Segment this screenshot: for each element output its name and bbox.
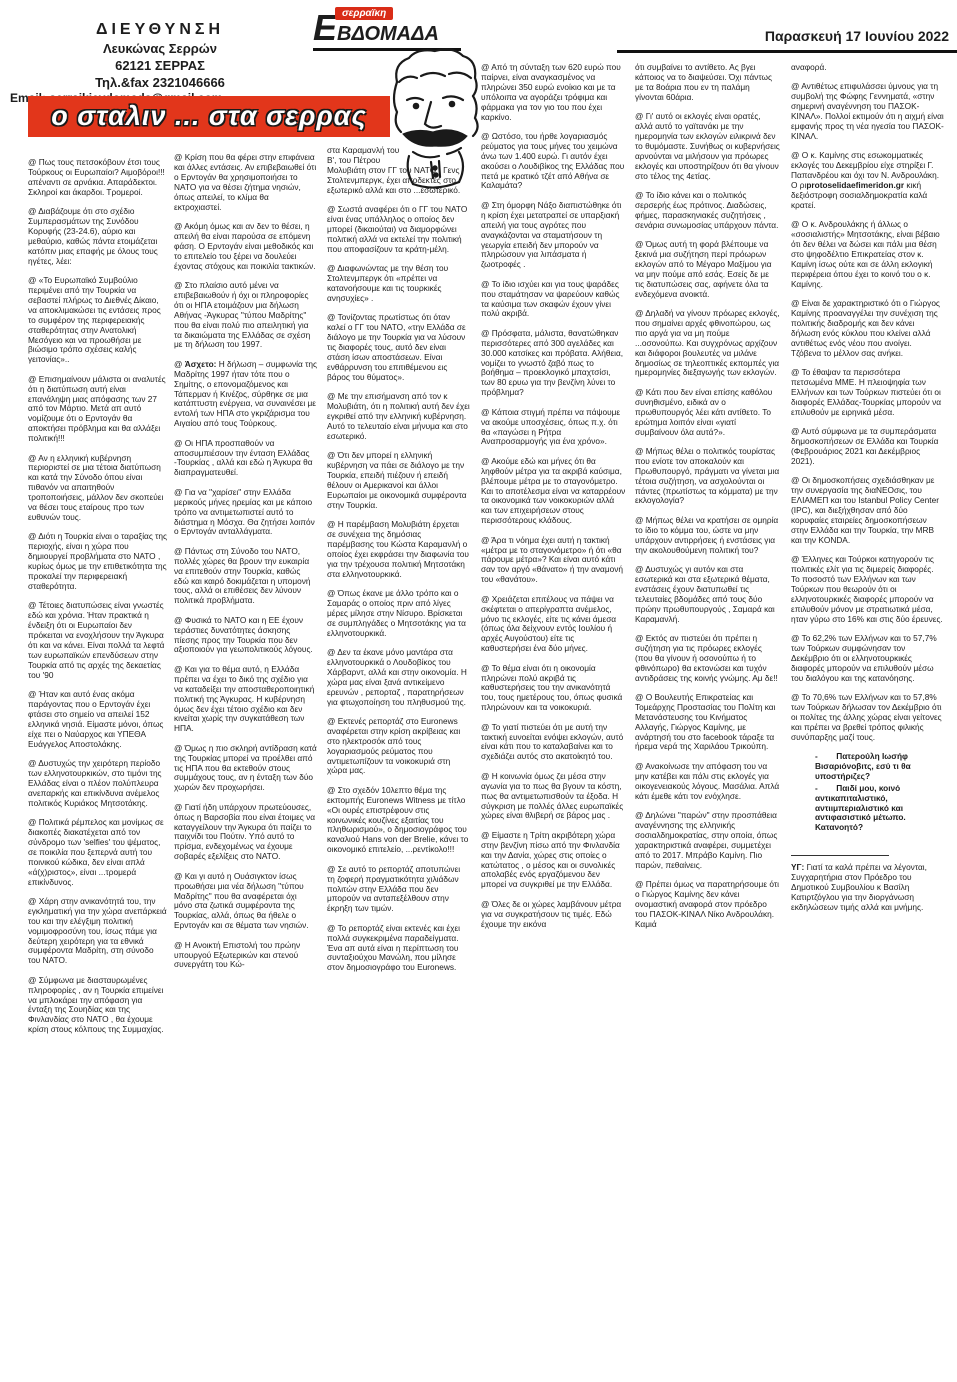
article-paragraph: @ Κάτι που δεν είναι επίσης καθόλου συνη…: [635, 388, 780, 438]
article-paragraph: @ Χρειάζεται επιτέλους να πάψει να σκέφτ…: [481, 595, 626, 654]
article-paragraph: @ Μήπως θέλει ο πολιτικός τουρίστας που …: [635, 447, 780, 506]
article-paragraph: @ Δηλώνει "παρών" στην προσπάθεια αναγέν…: [635, 811, 780, 870]
article-paragraph: @ Για να "χαρίσει" στην Ελλάδα μερικούς …: [174, 488, 317, 538]
issue-date: Παρασκευή 17 Ιουνίου 2022: [765, 28, 949, 44]
newspaper-page: ΔΙΕΥΘΥΝΣΗ Λευκώνας Σερρών 62121 ΣΕΡΡΑΣ Τ…: [0, 0, 957, 1382]
address-title: ΔΙΕΥΘΥΝΣΗ: [10, 20, 310, 41]
article-paragraph: @ Άρα τι νόημα έχει αυτή η τακτική «μέτρ…: [481, 536, 626, 586]
article-paragraph: @ Το ίδιο κάνει και ο πολιτικός σερσερής…: [635, 191, 780, 231]
article-paragraph: ΥΓ: Γιατί τα καλά πρέπει να λέγονται, Συ…: [791, 855, 944, 913]
article-paragraph: @ Και για το θέμα αυτό, η Ελλάδα πρέπει …: [174, 665, 317, 734]
article-paragraph: @ Η κοινωνία όμως ζει μέσα στην αγωνία γ…: [481, 772, 626, 822]
article-paragraph: @ Χάρη στην ανικανότητά του, την εγκλημα…: [28, 897, 168, 966]
cartoon-overlap-spacer: [408, 146, 470, 159]
article-paragraph: @ Και γι αυτό η Ουάσιγκτον ίσως προωθήσε…: [174, 872, 317, 931]
article-paragraph: @ Το 70,6% των Ελλήνων και το 57,8% των …: [791, 693, 944, 743]
article-paragraph: @ Άσχετο: Η δήλωση – συμφωνία της Μαδρίτ…: [174, 360, 317, 429]
article-paragraph: @ Γιατί ήδη υπάρχουν πρωτεύουσες, όπως η…: [174, 803, 317, 862]
article-paragraph: @ Οι δημοσκοπήσεις σχεδιάσθηκαν με την σ…: [791, 476, 944, 545]
article-paragraph: @ Σωστά αναφέρει ότι ο ΓΓ του ΝΑΤΟ είναι…: [327, 205, 470, 255]
article-paragraph: @ Όμως η πιο σκληρή αντίδραση κατά της Τ…: [174, 744, 317, 794]
article-paragraph: @ Αν η ελληνική κυβέρνηση περιοριστεί σε…: [28, 454, 168, 523]
article-paragraph: @ Είμαστε η Τρίτη ακριβότερη χώρα στην β…: [481, 831, 626, 890]
article-paragraph: ότι συμβαίνει το αντίθετο. Ας βγει κάποι…: [635, 63, 780, 103]
article-paragraph: @ Όπως έκανε με άλλο τρόπο και ο Σαμαράς…: [327, 589, 470, 639]
article-paragraph: @ Διαβάζουμε ότι στο σχέδιο Συμπερασμάτω…: [28, 207, 168, 266]
article-paragraph: @ Ο κ. Ανδρουλάκης ή άλλως ο «σοσιαλιστή…: [791, 220, 944, 289]
article-paragraph: @ Πως τους πετσοκόβουν έτσι τους Τούρκου…: [28, 158, 168, 198]
article-paragraph: @ Κρίση που θα φέρει στην επιφάνεια και …: [174, 153, 317, 212]
logo-name: ΒΔΟΜΑΔΑ: [337, 23, 439, 45]
article-paragraph: @ Διότι η Τουρκία είναι ο ταραξίας της π…: [28, 532, 168, 591]
article-paragraph: @ Το ρεπορτάζ είναι εκτενές και έχει πολ…: [327, 924, 470, 974]
article-paragraph: @ Εκτενές ρεπορτάζ στο Euronews αναφέρετ…: [327, 717, 470, 776]
article-column-6: αναφορά.@ Αντιθέτως επιφυλάσσει ύμνους γ…: [791, 63, 944, 922]
article-paragraph: @ Εκτός αν πιστεύει ότι πρέπει η συζήτησ…: [635, 634, 780, 684]
headline-text: ο σταλιν ... στα σερρας: [51, 101, 367, 132]
article-paragraph: @ Φυσικά το ΝΑΤΟ και η ΕΕ έχουν τεράστιε…: [174, 616, 317, 656]
article-paragraph: @ Ακόμη όμως και αν δεν το θέσει, η απει…: [174, 222, 317, 272]
address-line: 62121 ΣΕΡΡΑΣ: [10, 58, 310, 75]
article-paragraph: @ Η παρέμβαση Μολυβιάτη έρχεται σε συνέχ…: [327, 520, 470, 579]
article-paragraph: @ Δυστυχώς γι αυτόν και στα εσωτερικά κα…: [635, 565, 780, 624]
article-paragraph: @ Το 62,2% των Ελλήνων και το 57,7% των …: [791, 634, 944, 684]
article-paragraph: @ Το έθαψαν τα περισσότερα πετσωμένα ΜΜΕ…: [791, 368, 944, 418]
article-paragraph: @ Πολιτικά ρέμπελος και μονίμως σε διακο…: [28, 818, 168, 887]
article-paragraph: @ Ωστόσο, του ήρθε λογαριασμός ρεύματος …: [481, 132, 626, 191]
article-paragraph: @ Κάποια στιγμή πρέπει να πάψουμε να ακο…: [481, 408, 626, 448]
article-paragraph: @ Σύμφωνα με διασταυρωμένες πληροφορίες …: [28, 976, 168, 1035]
article-paragraph: @ Δυστυχώς την χειρότερη περίοδο των ελλ…: [28, 759, 168, 809]
article-column-1: @ Πως τους πετσοκόβουν έτσι τους Τούρκου…: [28, 158, 168, 1045]
article-paragraph: @ Επισημαίνουν μάλιστα οι αναλυτές ότι η…: [28, 375, 168, 444]
article-paragraph: @ Είναι δε χαρακτηριστικό ότι ο Γιώργος …: [791, 299, 944, 358]
article-paragraph: @ Το γιατί πιστεύει ότι με αυτή την τακτ…: [481, 723, 626, 763]
article-column-5: ότι συμβαίνει το αντίθετο. Ας βγει κάποι…: [635, 63, 780, 939]
article-paragraph: @ Πρέπει όμως να παρατηρήσουμε ότι ο Γιώ…: [635, 880, 780, 930]
article-paragraph: @ Αντιθέτως επιφυλάσσει ύμνους για τη συ…: [791, 82, 944, 141]
article-paragraph: @ Αυτό σύμφωνα με τα συμπεράσματα δημοσκ…: [791, 427, 944, 467]
article-paragraph: @ Διαφωνώντας με την θέση του Στολτενμπε…: [327, 264, 470, 304]
address-line: Λευκώνας Σερρών: [10, 41, 310, 58]
article-paragraph: @ Ότι δεν μπορεί η ελληνική κυβέρνηση να…: [327, 451, 470, 510]
article-paragraph: @ Η Ανοικτή Επιστολή του πρώην υπουργού …: [174, 941, 317, 971]
article-paragraph: @ Δηλαδή να γίνουν πρόωρες εκλογές, που …: [635, 309, 780, 378]
article-paragraph: @ Τέτοιες διατυπώσεις είναι γνωστές εδώ …: [28, 601, 168, 680]
article-paragraph: @ «Το Ευρωπαϊκό Συμβούλιο περιμένει από …: [28, 276, 168, 365]
article-paragraph: @ Στο σχεδόν 10λεπτο θέμα της εκπομπής E…: [327, 786, 470, 855]
article-paragraph: @ Ο κ. Καμίνης στις εσωκομματικές εκλογέ…: [791, 151, 944, 210]
header-rule: [617, 50, 957, 53]
publisher-address-block: ΔΙΕΥΘΥΝΣΗ Λευκώνας Σερρών 62121 ΣΕΡΡΑΣ Τ…: [10, 20, 310, 107]
article-paragraph: @ Γι' αυτό οι εκλογές είναι ορατές, αλλά…: [635, 112, 780, 181]
article-paragraph: @ Τονίζοντας πρωτίστως ότι όταν καλεί ο …: [327, 313, 470, 382]
article-paragraph: @ Δεν τα έκανε μόνο μαντάρα στα ελληνοτο…: [327, 648, 470, 707]
article-paragraph: @ Ήταν και αυτό ένας ακόμα παράγοντας πο…: [28, 690, 168, 749]
logo-initial: Ε: [313, 7, 337, 48]
article-paragraph: @ Από τη σύνταξη των 620 ευρώ που παίρνε…: [481, 63, 626, 122]
article-paragraph: @ Έλληνες και Τούρκοι κατηγορούν τις πολ…: [791, 555, 944, 624]
article-paragraph: @ Όλες δε οι χώρες λαμβάνουν μέτρα για ν…: [481, 900, 626, 930]
article-paragraph: @ Το ίδιο ισχύει και για τους ψαράδες πο…: [481, 280, 626, 320]
article-paragraph: @ Στο πλαίσιο αυτό μένει να επιβεβαιωθού…: [174, 281, 317, 350]
article-paragraph: @ Ο Βουλευτής Επικρατείας και Τομεάρχης …: [635, 693, 780, 752]
headline-banner: ο σταλιν ... στα σερρας: [28, 96, 390, 137]
article-paragraph: @ Το θέμα είναι ότι η οικονομία πληρώνει…: [481, 664, 626, 714]
logo-tagline: σερραϊκη: [335, 7, 393, 20]
article-paragraph: @ Όμως αυτή τη φορά βλέπουμε να ξεκινά μ…: [635, 240, 780, 299]
article-column-4: @ Από τη σύνταξη των 620 ευρώ που παίρνε…: [481, 63, 626, 939]
article-column-3: στα Καραμανλή του Β', του Πέτρου Μολυβιά…: [327, 146, 470, 983]
article-paragraph: αναφορά.: [791, 63, 944, 73]
article-paragraph: @ Στη όμορφη Νάξο διαπιστώθηκε ότι η κρί…: [481, 201, 626, 270]
article-paragraph: @ Πρόσφατα, μάλιστα, θανατώθηκαν περισσό…: [481, 329, 626, 398]
article-paragraph: @ Πάντως στη Σύνοδο του ΝΑΤΟ, πολλές χώρ…: [174, 547, 317, 606]
article-paragraph: @ Ανακοίνωσε την απόφαση του να μην κατέ…: [635, 762, 780, 802]
article-paragraph: - Πατερούλη Ιωσήφ Βισαριόνοβιτς, εσύ τι …: [791, 752, 944, 782]
article-paragraph: @ Με την επισήμανση από τον κ Μολυβιάτη,…: [327, 392, 470, 442]
article-paragraph: @ Ακούμε εδώ και μήνες ότι θα ληφθούν μέ…: [481, 457, 626, 526]
phone-fax: Τηλ.&fax 2321046666: [10, 75, 310, 92]
article-column-2: @ Κρίση που θα φέρει στην επιφάνεια και …: [174, 153, 317, 980]
article-paragraph: @ Οι ΗΠΑ προσπαθούν να αποσυμπιέσουν την…: [174, 439, 317, 479]
article-paragraph: @ Σε αυτό το ρεπορτάζ αποτυπώνει τη ζοφε…: [327, 865, 470, 915]
article-paragraph: @ Μήπως θέλει να κρατήσει σε ομηρία το ί…: [635, 516, 780, 556]
article-paragraph: - Παιδί μου, κοινό αντικαπιταλιστικό, αν…: [791, 784, 944, 834]
